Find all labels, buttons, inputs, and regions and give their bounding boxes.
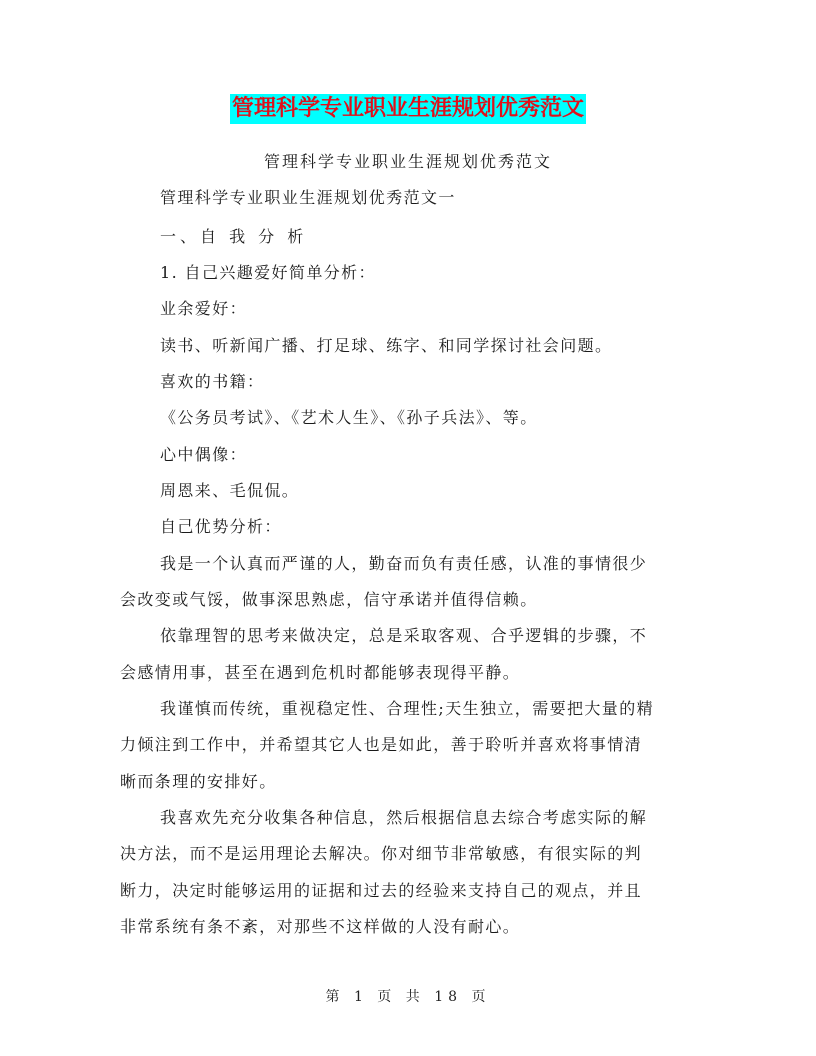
paragraph-label: 心中偶像：	[160, 444, 247, 466]
paragraph-label: 业余爱好：	[160, 298, 247, 320]
paragraph-text: 我谨慎而传统，重视稳定性、合理性;天生独立，需要把大量的精	[160, 698, 654, 720]
paragraph-text: 周恩来、毛侃侃。	[160, 480, 299, 502]
paragraph-text: 晰而条理的安排好。	[120, 771, 277, 793]
paragraph-text: 力倾注到工作中，并希望其它人也是如此，善于聆听并喜欢将事情清	[120, 734, 642, 756]
page-number-footer: 第 1 页 共 18 页	[0, 987, 816, 1007]
paragraph-text: 非常系统有条不紊，对那些不这样做的人没有耐心。	[120, 916, 520, 938]
paragraph-text: 读书、听新闻广播、打足球、练字、和同学探讨社会问题。	[160, 335, 612, 357]
paragraph-text: 我喜欢先充分收集各种信息，然后根据信息去综合考虑实际的解	[160, 807, 647, 829]
paragraph-label: 自己优势分析：	[160, 516, 282, 538]
document-title-container: 管理科学专业职业生涯规划优秀范文	[0, 94, 816, 124]
chapter-heading: 一、自 我 分 析	[160, 226, 307, 248]
paragraph-text: 我是一个认真而严谨的人，勤奋而负有责任感，认准的事情很少	[160, 553, 647, 575]
paragraph-text: 会感情用事，甚至在遇到危机时都能够表现得平静。	[120, 662, 520, 684]
document-page: 管理科学专业职业生涯规划优秀范文 管理科学专业职业生涯规划优秀范文 管理科学专业…	[0, 0, 816, 1056]
paragraph-text: 《公务员考试》、《艺术人生》、《孙子兵法》、等。	[160, 407, 538, 429]
paragraph-text: 决方法，而不是运用理论去解决。你对细节非常敏感，有很实际的判	[120, 843, 642, 865]
paragraph-text: 依靠理智的思考来做决定，总是采取客观、合乎逻辑的步骤，不	[160, 625, 647, 647]
document-subtitle: 管理科学专业职业生涯规划优秀范文	[0, 151, 816, 173]
paragraph-label: 喜欢的书籍：	[160, 371, 264, 393]
paragraph-text: 断力，决定时能够运用的证据和过去的经验来支持自己的观点，并且	[120, 880, 642, 902]
subsection-heading: 1. 自己兴趣爱好简单分析：	[160, 262, 376, 284]
section-heading: 管理科学专业职业生涯规划优秀范文一	[160, 187, 456, 209]
paragraph-text: 会改变或气馁，做事深思熟虑，信守承诺并值得信赖。	[120, 589, 538, 611]
document-title: 管理科学专业职业生涯规划优秀范文	[230, 94, 586, 124]
